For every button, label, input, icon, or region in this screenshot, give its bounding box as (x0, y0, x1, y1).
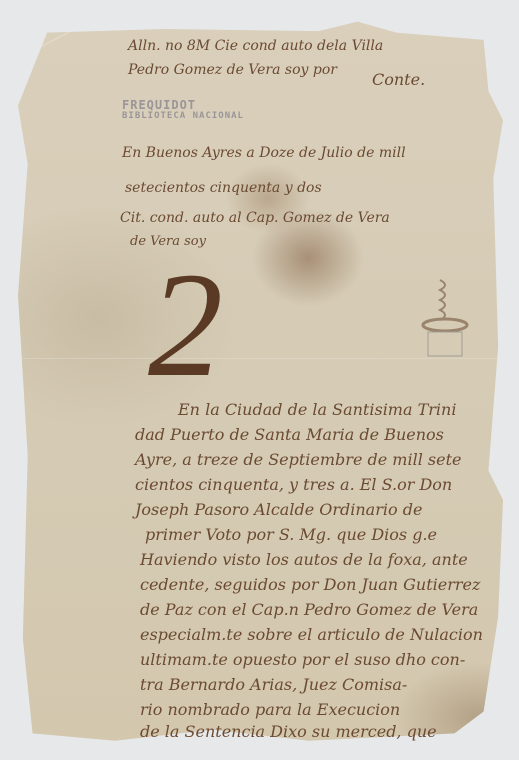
stamp-line: BIBLIOTECA NACIONAL (122, 111, 272, 122)
body-line: de la Sentencia Dixo su merced, que (140, 722, 437, 741)
seal-mark-icon (420, 270, 470, 360)
body-line: cedente, seguidos por Don Juan Gutierrez (140, 575, 480, 594)
body-line: dad Puerto de Santa Maria de Buenos (135, 425, 444, 444)
body-line: rio nombrado para la Execucion (140, 700, 400, 719)
body-line: ultimam.te opuesto por el suso dho con- (140, 650, 465, 669)
folio-number: 2 (148, 250, 223, 400)
body-line: Ayre, a treze de Septiembre de mill sete (135, 450, 461, 469)
body-line: de Paz con el Cap.n Pedro Gomez de Vera (140, 600, 478, 619)
stamp-line: FREQUIDOT (122, 100, 272, 111)
body-line: tra Bernardo Arias, Juez Comisa- (140, 675, 407, 694)
header-line: Pedro Gomez de Vera soy por (128, 62, 337, 78)
header-line: Alln. no 8M Cie cond auto dela Villa (128, 38, 383, 54)
body-line: especialm.te sobre el articulo de Nulaci… (140, 625, 483, 644)
margin-note: Conte. (372, 70, 425, 89)
body-line: cientos cinquenta, y tres a. El S.or Don (135, 475, 452, 494)
header-line: setecientos cinquenta y dos (125, 180, 322, 196)
header-line: Cit. cond. auto al Cap. Gomez de Vera (120, 210, 390, 226)
body-line: primer Voto por S. Mg. que Dios g.e (145, 525, 437, 544)
body-line: Haviendo visto los autos de la foxa, ant… (140, 550, 468, 569)
fold-crease (18, 0, 143, 60)
body-line: En la Ciudad de la Santisima Trini (178, 400, 456, 419)
header-line: En Buenos Ayres a Doze de Julio de mill (122, 145, 406, 161)
body-line: Joseph Pasoro Alcalde Ordinario de (135, 500, 422, 519)
library-stamp: FREQUIDOT BIBLIOTECA NACIONAL (122, 100, 272, 134)
